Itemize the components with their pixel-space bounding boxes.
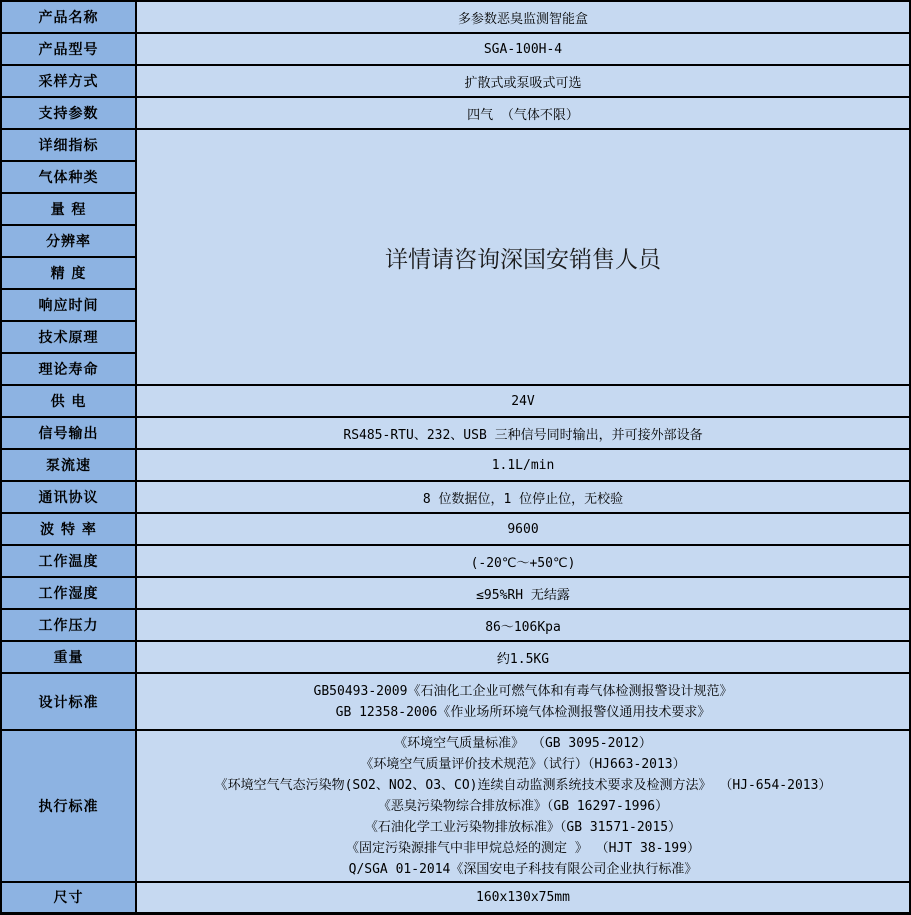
table-row: 工作湿度 ≤95%RH 无结露: [1, 577, 910, 609]
standard-line: GB50493-2009《石油化工企业可燃气体和有毒气体检测报警设计规范》: [141, 681, 905, 702]
table-row: 波 特 率 9600: [1, 513, 910, 545]
label-product-model: 产品型号: [1, 33, 136, 65]
product-spec-table: 产品名称 多参数恶臭监测智能盒 产品型号 SGA-100H-4 采样方式 扩散式…: [0, 0, 911, 915]
label-accuracy: 精 度: [1, 257, 136, 289]
value-sampling-method: 扩散式或泵吸式可选: [136, 65, 910, 97]
value-execution-standard: 《环境空气质量标准》 （GB 3095-2012） 《环境空气质量评价技术规范》…: [136, 730, 910, 882]
value-baud-rate: 9600: [136, 513, 910, 545]
table-row: 采样方式 扩散式或泵吸式可选: [1, 65, 910, 97]
label-dimensions: 尺寸: [1, 882, 136, 913]
table-row: 工作温度 (-20℃～+50℃): [1, 545, 910, 577]
table-row: 通讯协议 8 位数据位，1 位停止位，无校验: [1, 481, 910, 513]
standard-line: 《石油化学工业污染物排放标准》（GB 31571-2015）: [141, 817, 905, 838]
value-signal-output: RS485-RTU、232、USB 三种信号同时输出，并可接外部设备: [136, 417, 910, 449]
label-technology: 技术原理: [1, 321, 136, 353]
label-working-humidity: 工作湿度: [1, 577, 136, 609]
label-signal-output: 信号输出: [1, 417, 136, 449]
label-design-standard: 设计标准: [1, 673, 136, 730]
table-row: 详细指标 详情请咨询深国安销售人员: [1, 129, 910, 161]
value-protocol: 8 位数据位，1 位停止位，无校验: [136, 481, 910, 513]
label-working-pressure: 工作压力: [1, 609, 136, 641]
table-row: 信号输出 RS485-RTU、232、USB 三种信号同时输出，并可接外部设备: [1, 417, 910, 449]
table-row: 重量 约1.5KG: [1, 641, 910, 673]
value-working-temperature: (-20℃～+50℃): [136, 545, 910, 577]
table-row: 产品型号 SGA-100H-4: [1, 33, 910, 65]
standard-line: GB 12358-2006《作业场所环境气体检测报警仪通用技术要求》: [141, 702, 905, 723]
label-gas-type: 气体种类: [1, 161, 136, 193]
table-row: 泵流速 1.1L/min: [1, 449, 910, 481]
value-design-standard: GB50493-2009《石油化工企业可燃气体和有毒气体检测报警设计规范》 GB…: [136, 673, 910, 730]
label-power-supply: 供 电: [1, 385, 136, 417]
table-row: 尺寸 160x130x75mm: [1, 882, 910, 913]
standard-line: 《环境空气质量评价技术规范》（试行）（HJ663-2013）: [141, 754, 905, 775]
label-sampling-method: 采样方式: [1, 65, 136, 97]
label-baud-rate: 波 特 率: [1, 513, 136, 545]
label-weight: 重量: [1, 641, 136, 673]
table-row: 执行标准 《环境空气质量标准》 （GB 3095-2012） 《环境空气质量评价…: [1, 730, 910, 882]
label-execution-standard: 执行标准: [1, 730, 136, 882]
label-pump-flow: 泵流速: [1, 449, 136, 481]
standard-line: 《恶臭污染物综合排放标准》（GB 16297-1996）: [141, 796, 905, 817]
standard-line: 《环境空气质量标准》 （GB 3095-2012）: [141, 733, 905, 754]
value-working-humidity: ≤95%RH 无结露: [136, 577, 910, 609]
standard-line: 《固定污染源排气中非甲烷总烃的测定 》 （HJT 38-199）: [141, 838, 905, 859]
table-row: 支持参数 四气 （气体不限）: [1, 97, 910, 129]
label-resolution: 分辨率: [1, 225, 136, 257]
label-working-temperature: 工作温度: [1, 545, 136, 577]
value-weight: 约1.5KG: [136, 641, 910, 673]
table-row: 产品名称 多参数恶臭监测智能盒: [1, 1, 910, 33]
label-response-time: 响应时间: [1, 289, 136, 321]
value-pump-flow: 1.1L/min: [136, 449, 910, 481]
label-supported-params: 支持参数: [1, 97, 136, 129]
value-dimensions: 160x130x75mm: [136, 882, 910, 913]
table-row: 供 电 24V: [1, 385, 910, 417]
value-product-name: 多参数恶臭监测智能盒: [136, 1, 910, 33]
label-lifespan: 理论寿命: [1, 353, 136, 385]
standard-line: Q/SGA 01-2014《深国安电子科技有限公司企业执行标准》: [141, 859, 905, 880]
label-range: 量 程: [1, 193, 136, 225]
value-supported-params: 四气 （气体不限）: [136, 97, 910, 129]
value-power-supply: 24V: [136, 385, 910, 417]
detail-note-cell: 详情请咨询深国安销售人员: [136, 129, 910, 385]
label-protocol: 通讯协议: [1, 481, 136, 513]
standard-line: 《环境空气气态污染物(SO2、NO2、O3、CO)连续自动监测系统技术要求及检测…: [141, 775, 905, 796]
label-detail-index: 详细指标: [1, 129, 136, 161]
table-row: 工作压力 86～106Kpa: [1, 609, 910, 641]
value-product-model: SGA-100H-4: [136, 33, 910, 65]
table-row: 设计标准 GB50493-2009《石油化工企业可燃气体和有毒气体检测报警设计规…: [1, 673, 910, 730]
value-working-pressure: 86～106Kpa: [136, 609, 910, 641]
label-product-name: 产品名称: [1, 1, 136, 33]
